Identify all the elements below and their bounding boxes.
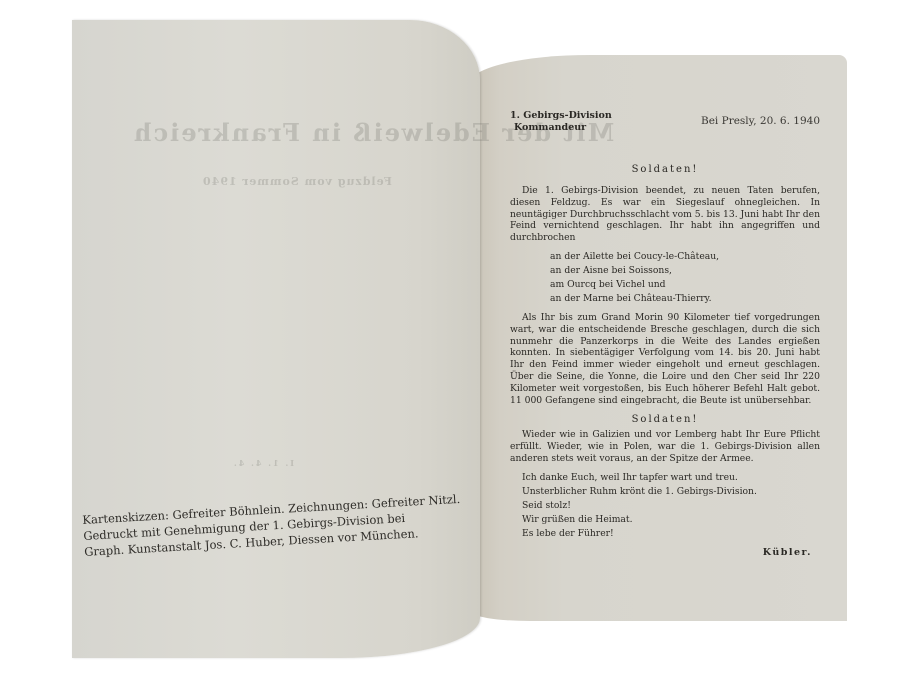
closing-line: Seid stolz!	[522, 499, 820, 513]
place-date: Bei Presly, 20. 6. 1940	[701, 115, 820, 127]
closing-line: Ich danke Euch, weil Ihr tapfer wart und…	[522, 471, 820, 485]
show-through-footer: I. 1. 4. 4.	[232, 458, 294, 468]
letter-header: 1. Gebirgs-Division Kommandeur Bei Presl…	[510, 110, 820, 150]
order-of-the-day: 1. Gebirgs-Division Kommandeur Bei Presl…	[510, 110, 820, 558]
salutation: Soldaten!	[510, 164, 820, 175]
closing-line: Unsterblicher Ruhm krönt die 1. Gebirgs-…	[522, 485, 820, 499]
place-item: an der Marne bei Château-Thierry.	[550, 292, 820, 306]
left-page: Mit der Edelweiß in Frankreich Feldzug v…	[72, 20, 480, 658]
show-through-subtitle: Feldzug vom Sommer 1940	[202, 175, 392, 188]
paragraph: Die 1. Gebirgs-Division beendet, zu neue…	[510, 185, 820, 244]
places-list: an der Ailette bei Coucy-le-Château, an …	[550, 250, 820, 306]
salutation: Soldaten!	[510, 414, 820, 425]
paragraph: Wieder wie in Galizien und vor Lemberg h…	[510, 429, 820, 464]
closing-line: Wir grüßen die Heimat.	[522, 513, 820, 527]
closing-line: Es lebe der Führer!	[522, 527, 820, 541]
sender-division: 1. Gebirgs-Division	[510, 110, 612, 122]
closing-lines: Ich danke Euch, weil Ihr tapfer wart und…	[522, 471, 820, 541]
place-item: an der Ailette bei Coucy-le-Château,	[550, 250, 820, 264]
signature: Kübler.	[510, 547, 820, 558]
place-item: an der Aisne bei Soissons,	[550, 264, 820, 278]
sender-block: 1. Gebirgs-Division Kommandeur	[510, 110, 612, 134]
sender-title: Kommandeur	[510, 122, 612, 134]
paragraph: Als Ihr bis zum Grand Morin 90 Kilometer…	[510, 312, 820, 406]
place-item: am Ourcq bei Vichel und	[550, 278, 820, 292]
